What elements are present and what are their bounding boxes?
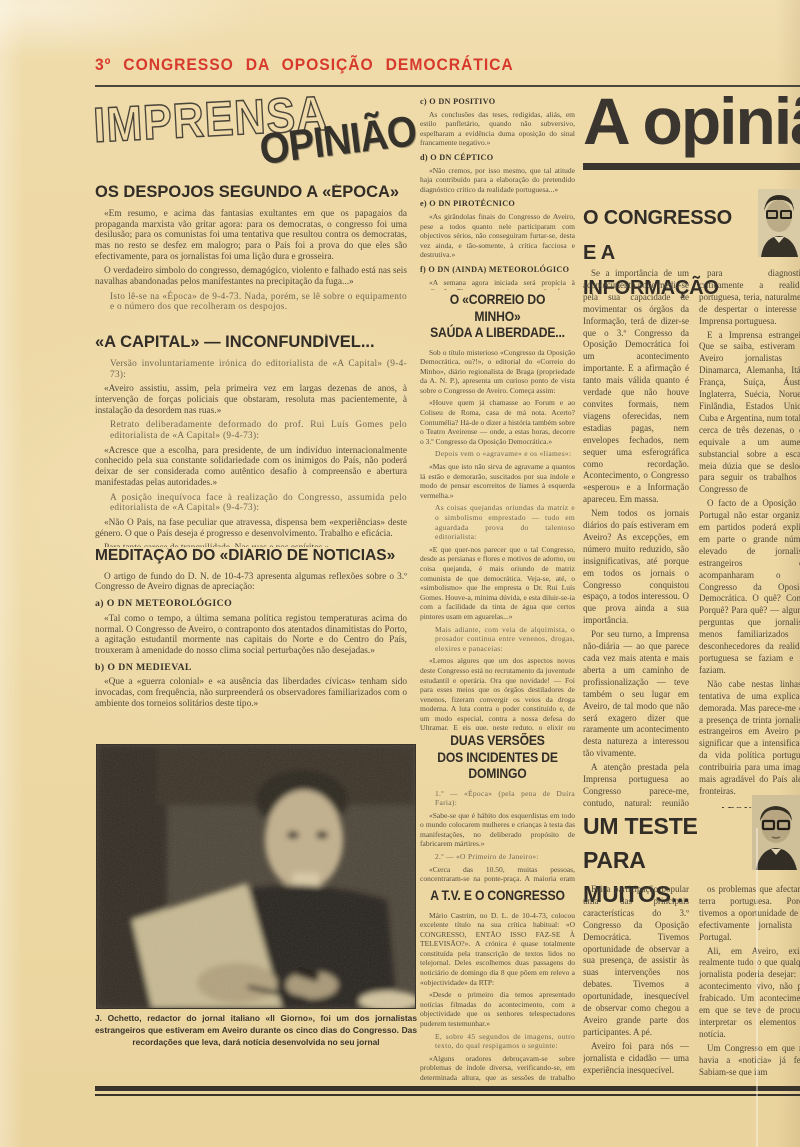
paragraph: Mais adiante, com veia de alquimista, o … [420,625,575,654]
paragraph: para diagnosticar criticamente a realida… [699,268,800,328]
article-a-capital: «A CAPITAL» — INCONFUNDÍVEL... Versão in… [95,334,407,547]
paragraph: O verdadeiro símbolo do congresso, demag… [95,266,407,287]
headline-rule [583,163,800,170]
paragraph: Foi a participação popular uma das princ… [583,884,689,1039]
paragraph: Não cabe nestas linhas a tentativa de um… [699,679,800,798]
article-body: «Em resumo, e acima das fantasias exulta… [95,209,407,313]
article-title: DUAS VERSÕESDOS INCIDENTES DE DOMINGO [428,733,568,783]
paragraph: 2.º — «O Primeiro de Janeiro»: [420,852,575,862]
paragraph: os problemas que afectam a terra portugu… [699,884,800,944]
portrait-afonso-praca [758,189,800,257]
portrait-illustration [752,795,800,870]
paragraph: Aveiro foi para nós — jornalista e cidad… [583,1041,689,1076]
paragraph: «Sabe-se que é hábito dos esquerdistas e… [420,811,575,849]
article-despojos: OS DESPOJOS SEGUNDO A «ÉPOCA» «Em resumo… [95,184,407,333]
paragraph: Um Congresso em que não havia a «notícia… [699,1043,800,1076]
paragraph: O facto de a Oposição em Portugal não es… [699,498,800,677]
article-title: «A CAPITAL» — INCONFUNDÍVEL... [95,334,407,352]
paragraph: Mário Castrim, no D. L. de 10-4-73, colo… [420,911,575,988]
paragraph: «Em resumo, e acima das fantasias exulta… [95,209,407,263]
article-meditacao: MEDITAÇÃO DO «DIÁRIO DE NOTÍCIAS» O arti… [95,548,407,744]
paragraph: Ali, em Aveiro, existia realmente tudo o… [699,946,800,1041]
paragraph: «Tal como o tempo, a última semana polít… [95,614,407,657]
paragraph: e) O DN PIROTÉCNICO [420,199,575,209]
masthead-title: 3º CONGRESSO DA OPOSIÇÃO DEMOCRÁTICA [95,56,514,75]
paragraph: «As girândolas finais do Congresso de Av… [420,212,575,260]
paragraph: 1.º — «Época» (pela pena de Duíra Faria)… [420,789,575,808]
paragraph: Para tanto carece de tranquilidade. Nas … [95,543,407,547]
paragraph: Retrato deliberadamente deformado do pro… [95,420,407,441]
portrait-journalist [752,795,800,870]
newspaper-page: 3º CONGRESSO DA OPOSIÇÃO DEMOCRÁTICA IMP… [0,0,800,1147]
paragraph: A atenção prestada pela Imprensa portugu… [583,762,689,808]
article-body: 1.º — «Época» (pela pena de Duíra Faria)… [420,789,575,886]
paragraph: Depois vem o «agravame» e os «liames»: [420,449,575,459]
teste-column-a: Foi a participação popular uma das princ… [583,884,689,1076]
paragraph: E a Imprensa estrangeira? Que se saiba, … [699,330,800,497]
article-body: Sob o título misterioso «Congresso da Op… [420,348,575,731]
article-correio-do-minho: O «CORREIO DO MINHO»SAÚDA A LIBERDADE...… [420,292,575,730]
article-tv-congresso: A T.V. E O CONGRESSO Mário Castrim, no D… [420,888,575,1084]
article-body: O artigo de fundo do D. N. de 10-4-73 ap… [95,572,407,710]
paragraph: «A semana agora iniciada será propícia à… [420,278,575,291]
paragraph: «Cerca das 10.50, muitas pessoas, concen… [420,865,575,885]
paragraph: «Aveiro assistiu, assim, pela primeira v… [95,384,407,416]
photo-j-ochetto [97,745,415,1008]
dn-body: c) O DN POSITIVOAs conclusões das teses,… [420,97,575,290]
paragraph: E, sobre 45 segundos de imagens, outro t… [420,1032,575,1051]
portrait-illustration [758,189,800,257]
article-duas-versoes: DUAS VERSÕESDOS INCIDENTES DE DOMINGO 1.… [420,733,575,885]
article-body: Mário Castrim, no D. L. de 10-4-73, colo… [420,911,575,1085]
imprensa-opiniao-logo: IMPRENSA OPINIÃO [95,96,425,191]
paragraph: b) O DN MEDIEVAL [95,663,407,674]
paragraph: «Não cremos, por isso mesmo, que tal ati… [420,166,575,195]
congresso-column-a: Se a importância de um acontecimento pod… [583,268,689,808]
top-rule [95,50,800,52]
bottom-rule [95,1086,800,1096]
photo-illustration [97,745,415,1008]
paragraph: «Lemos algures que um dos aspectos novos… [420,656,575,730]
article-title: OS DESPOJOS SEGUNDO A «ÉPOCA» [95,184,407,202]
photo-caption: J. Ochetto, redactor do jornal italiano … [95,1013,417,1048]
dn-items: c) O DN POSITIVOAs conclusões das teses,… [420,92,575,290]
paragraph: Por seu turno, a Imprensa não-diária — a… [583,629,689,760]
paragraph: Versão involuntariamente irónica do edit… [95,359,407,380]
paragraph: Isto lê-se na «Época» de 9-4-73. Nada, p… [95,292,407,313]
paragraph: A posição inequívoca face à realização d… [95,493,407,514]
teste-column-b: os problemas que afectam a terra portugu… [699,884,800,1076]
paragraph: As conclusões das teses, redigidas, aliá… [420,110,575,148]
paragraph: «Não O País, na fase peculiar que atrave… [95,518,407,539]
article-title: O «CORREIO DO MINHO»SAÚDA A LIBERDADE... [428,292,568,342]
paragraph: Nem todos os jornais diários do país est… [583,508,689,627]
paragraph: f) O DN (AINDA) METEOROLÓGICO [420,265,575,275]
paragraph: «E que quer-nos parecer que o tal Congre… [420,545,575,622]
paragraph: «Que a «guerra colonial» e «a ausência d… [95,677,407,709]
article-title: MEDITAÇÃO DO «DIÁRIO DE NOTÍCIAS» [95,548,407,565]
paragraph: d) O DN CÉPTICO [420,153,575,163]
paragraph: O artigo de fundo do D. N. de 10-4-73 ap… [95,572,407,593]
paragraph: «Acresce que a escolha, para presidente,… [95,446,407,489]
paragraph: c) O DN POSITIVO [420,97,575,107]
paragraph: «Alguns oradores debruçavam-se sobre pro… [420,1054,575,1084]
paragraph: «Houve quem já chamasse ao Forum e ao Co… [420,398,575,446]
paragraph: Sob o título misterioso «Congresso da Op… [420,348,575,396]
paragraph: As coisas quejandas oriundas da matriz e… [420,503,575,541]
article-title: A T.V. E O CONGRESSO [428,888,568,905]
paragraph: «Mas que isto não sirva de agravame a qu… [420,462,575,500]
paragraph: a) O DN METEOROLÓGICO [95,599,407,610]
congresso-column-b-body: para diagnosticar criticamente a realida… [699,268,800,798]
opinion-headline: A opinião [583,88,800,160]
article-body: Versão involuntariamente irónica do edit… [95,359,407,547]
paragraph: Se a importância de um acontecimento pod… [583,268,689,506]
congresso-column-b: para diagnosticar criticamente a realida… [699,268,800,808]
paragraph: «Desde o primeiro dia temos apresentado … [420,990,575,1028]
scan-artifact-line [756,828,758,1147]
masthead: 3º CONGRESSO DA OPOSIÇÃO DEMOCRÁTICA [95,56,800,75]
